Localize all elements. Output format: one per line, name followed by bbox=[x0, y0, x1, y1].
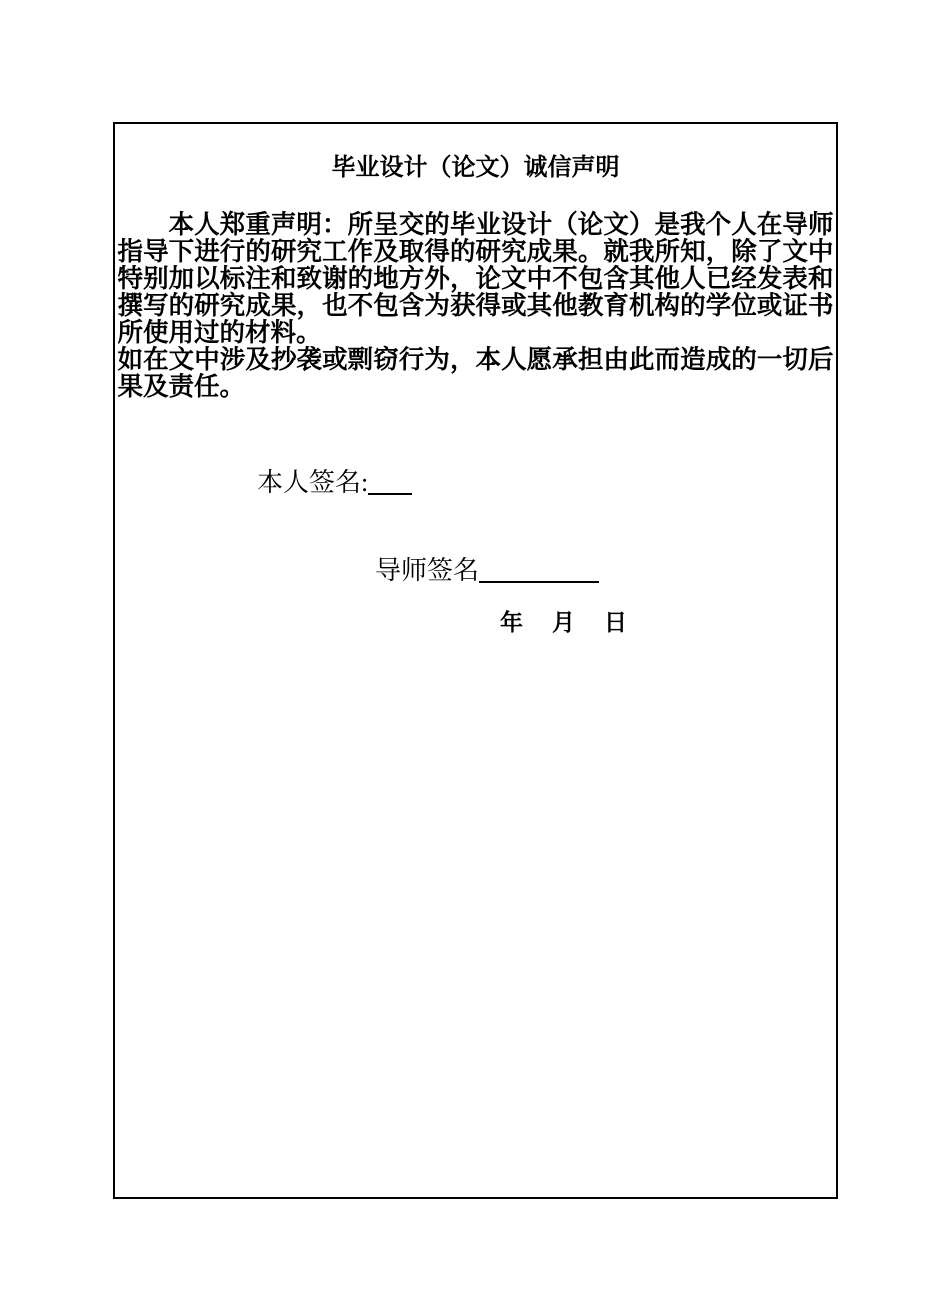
declaration-paragraph-2: 如在文中涉及抄袭或剽窃行为，本人愿承担由此而造成的一切后果及责任。 bbox=[118, 346, 834, 400]
self-signature-label: 本人签名: bbox=[257, 468, 368, 497]
supervisor-signature-label: 导师签名 bbox=[375, 556, 479, 585]
page: 毕业设计（论文）诚信声明 本人郑重声明：所呈交的毕业设计（论文）是我个人在导师指… bbox=[0, 0, 926, 1310]
date-line: 年 月 日 bbox=[500, 607, 836, 639]
self-signature-row: 本人签名: bbox=[257, 467, 836, 499]
declaration-title: 毕业设计（论文）诚信声明 bbox=[115, 124, 836, 186]
supervisor-signature-row: 导师签名 bbox=[375, 555, 836, 587]
declaration-box: 毕业设计（论文）诚信声明 本人郑重声明：所呈交的毕业设计（论文）是我个人在导师指… bbox=[113, 122, 838, 1199]
self-signature-blank bbox=[368, 473, 412, 495]
supervisor-signature-blank bbox=[479, 561, 599, 583]
declaration-paragraph-1: 本人郑重声明：所呈交的毕业设计（论文）是我个人在导师指导下进行的研究工作及取得的… bbox=[118, 211, 834, 346]
